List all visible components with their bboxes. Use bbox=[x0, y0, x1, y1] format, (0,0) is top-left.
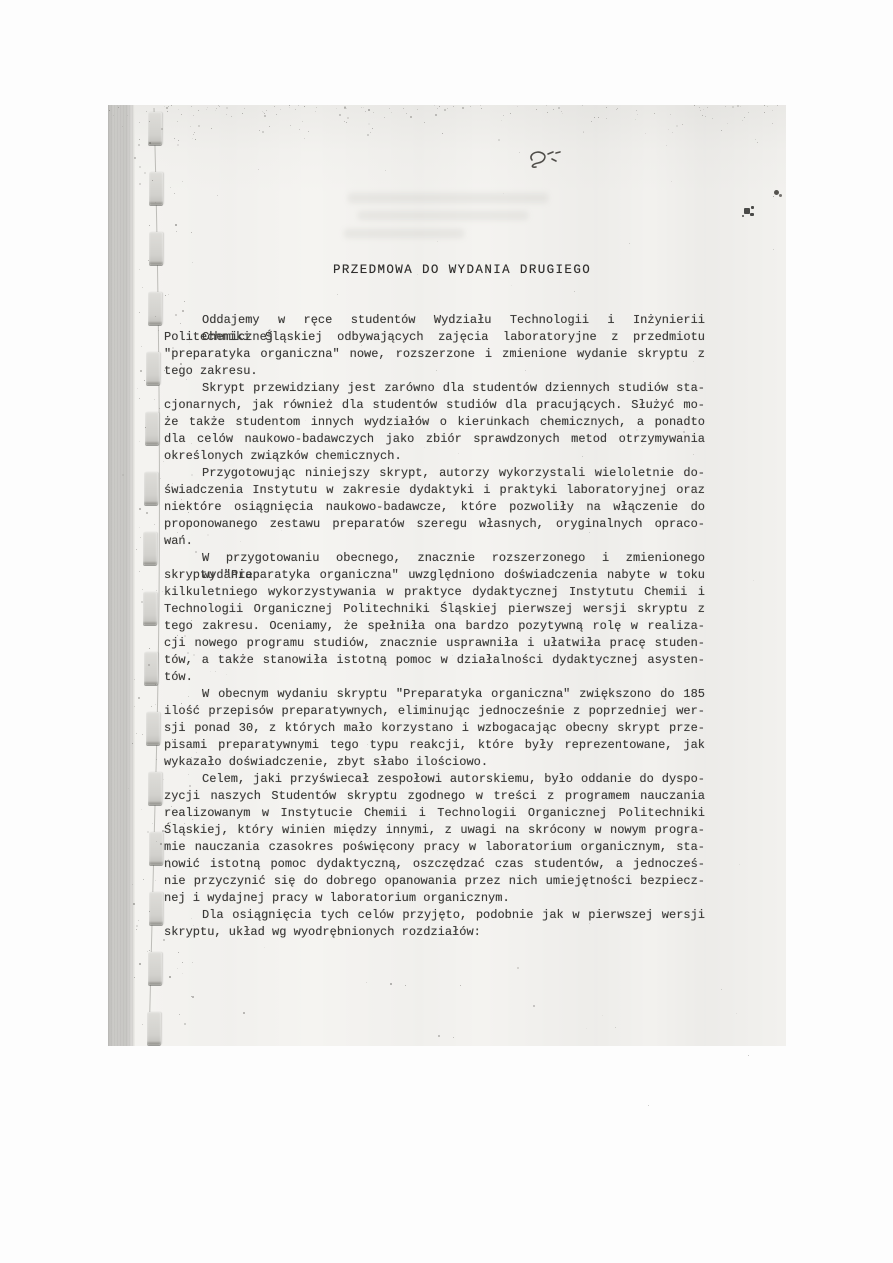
scanned-document-screenshot: PRZEDMOWA DO WYDANIA DRUGIEGO Oddajemy w… bbox=[0, 0, 893, 1263]
paragraph: W obecnym wydaniu skryptu "Preparatyka o… bbox=[164, 686, 705, 771]
binding-hole bbox=[148, 292, 162, 325]
scan-noise-speck bbox=[368, 109, 370, 111]
scan-noise-speck bbox=[339, 114, 341, 116]
text-line: nie przyczynić się do dobrego opanowania… bbox=[164, 873, 705, 890]
scan-noise-speck bbox=[757, 142, 758, 143]
text-line: ilość przepisów preparatywnych, eliminuj… bbox=[164, 703, 705, 720]
scan-noise-speck bbox=[533, 1005, 535, 1007]
text-line: Politechniki Śląskiej odbywających zajęc… bbox=[164, 329, 705, 346]
scan-noise-speck bbox=[139, 963, 141, 965]
scan-noise-speck bbox=[163, 779, 164, 780]
scan-noise-speck bbox=[198, 125, 200, 127]
scan-noise-speck bbox=[170, 187, 171, 188]
scan-noise-speck bbox=[389, 108, 390, 109]
binding-hole bbox=[149, 832, 163, 865]
scan-noise-speck bbox=[263, 112, 264, 113]
scan-noise-speck bbox=[390, 983, 392, 985]
scan-noise-speck bbox=[164, 594, 165, 595]
scanned-page: PRZEDMOWA DO WYDANIA DRUGIEGO Oddajemy w… bbox=[108, 105, 786, 1046]
scan-noise-speck bbox=[183, 373, 185, 375]
scan-noise-speck bbox=[424, 122, 425, 123]
scan-noise-speck bbox=[340, 661, 341, 662]
text-line: cjonarnych, jak również dla studentów st… bbox=[164, 397, 705, 414]
scan-noise-speck bbox=[191, 232, 192, 233]
scan-noise-speck bbox=[138, 697, 140, 699]
scan-noise-speck bbox=[368, 123, 370, 125]
text-line: skryptu "Preparatyka organiczna" uwzględ… bbox=[164, 567, 705, 584]
scan-noise-speck bbox=[302, 121, 303, 122]
document-body: Oddajemy w ręce studentów Wydziału Techn… bbox=[164, 312, 705, 941]
scan-noise-speck bbox=[682, 124, 683, 125]
text-line: cji nowego programu studiów, znacznie us… bbox=[164, 635, 705, 652]
scan-noise-speck bbox=[184, 635, 186, 637]
binding-hole bbox=[143, 532, 157, 565]
text-line: określonych związków chemicznych. bbox=[164, 448, 705, 465]
scan-noise-speck bbox=[438, 1035, 440, 1037]
scan-noise-speck bbox=[182, 962, 183, 963]
binding-hole bbox=[145, 412, 159, 445]
text-line: Oddajemy w ręce studentów Wydziału Techn… bbox=[164, 312, 705, 329]
scan-noise-speck bbox=[437, 241, 438, 242]
text-line: tów, a także stanowiła istotną pomoc w d… bbox=[164, 652, 705, 669]
text-line: niektóre osiągnięcia naukowo-badawcze, k… bbox=[164, 499, 705, 516]
scan-noise-speck bbox=[122, 474, 124, 476]
scan-noise-speck bbox=[491, 416, 493, 418]
scan-noise-speck bbox=[156, 759, 157, 760]
scan-noise-speck bbox=[172, 347, 174, 349]
scan-noise-speck bbox=[663, 686, 665, 688]
binding-hole bbox=[149, 892, 163, 925]
scan-noise-speck bbox=[453, 1037, 454, 1038]
binding-hole bbox=[148, 772, 162, 805]
binding-hole bbox=[146, 712, 160, 745]
scan-noise-speck bbox=[242, 113, 243, 114]
scan-noise-speck bbox=[437, 850, 438, 851]
binding-hole bbox=[149, 172, 163, 205]
scan-noise-speck bbox=[139, 312, 140, 313]
binding-hole bbox=[148, 952, 162, 985]
scan-noise-speck bbox=[145, 427, 146, 428]
text-line: W obecnym wydaniu skryptu "Preparatyka o… bbox=[164, 686, 705, 703]
scan-noise-speck bbox=[501, 120, 502, 121]
binding-hole bbox=[149, 232, 163, 265]
text-line: zycji naszych Studentów skryptu zgodnego… bbox=[164, 788, 705, 805]
scan-noise-speck bbox=[118, 107, 119, 108]
scan-noise-speck bbox=[316, 107, 317, 108]
scan-noise-speck bbox=[635, 119, 636, 120]
text-line: nej i wydajnej pracy w laboratorium orga… bbox=[164, 890, 705, 907]
scan-noise-speck bbox=[156, 590, 157, 591]
scan-noise-speck bbox=[553, 109, 554, 110]
scan-noise-speck bbox=[641, 695, 642, 696]
bleedthrough-ghost-text bbox=[348, 193, 548, 203]
paragraph: Oddajemy w ręce studentów Wydziału Techn… bbox=[164, 312, 705, 380]
text-line: sji ponad 30, z których mało korzystano … bbox=[164, 720, 705, 737]
scan-noise-speck bbox=[437, 108, 438, 109]
scan-noise-speck bbox=[291, 522, 292, 523]
text-line: tego zakresu. Oceniamy, że spełniła ona … bbox=[164, 618, 705, 635]
paragraph: Dla osiągnięcia tych celów przyjęto, pod… bbox=[164, 907, 705, 941]
text-line: mie nauczania czasokres poświęcony pracy… bbox=[164, 839, 705, 856]
scan-noise-speck bbox=[258, 169, 259, 170]
scan-noise-speck bbox=[748, 112, 749, 113]
scan-noise-speck bbox=[562, 113, 563, 114]
text-line: "preparatyka organiczna" nowe, rozszerzo… bbox=[164, 346, 705, 363]
scan-noise-speck bbox=[772, 110, 773, 111]
text-line: Skrypt przewidziany jest zarówno dla stu… bbox=[164, 380, 705, 397]
scan-noise-speck bbox=[180, 363, 182, 365]
text-line: skryptu, układ wg wyodrębnionych rozdzia… bbox=[164, 924, 705, 941]
scan-noise-speck bbox=[671, 181, 672, 182]
scan-noise-speck bbox=[262, 131, 264, 133]
scan-noise-speck bbox=[192, 996, 194, 998]
dark-speck-cluster bbox=[742, 205, 758, 219]
paragraph: W przygotowaniu obecnego, znacznie rozsz… bbox=[164, 550, 705, 686]
scan-noise-speck bbox=[315, 111, 316, 112]
scan-noise-speck bbox=[574, 291, 575, 292]
scan-noise-speck bbox=[192, 138, 193, 139]
scan-noise-speck bbox=[243, 1012, 245, 1014]
scan-noise-speck bbox=[670, 114, 671, 115]
scan-noise-speck bbox=[128, 788, 129, 789]
scan-noise-speck bbox=[139, 166, 141, 168]
scan-noise-speck bbox=[175, 314, 177, 316]
scan-noise-speck bbox=[705, 116, 706, 117]
scan-noise-speck bbox=[739, 864, 740, 865]
scan-noise-speck bbox=[702, 115, 703, 116]
scan-noise-speck bbox=[513, 919, 514, 920]
scan-noise-speck bbox=[142, 589, 143, 590]
scan-noise-speck bbox=[615, 1027, 616, 1028]
scan-noise-speck bbox=[304, 106, 305, 107]
binding-hole bbox=[143, 592, 157, 625]
scan-noise-speck bbox=[187, 652, 189, 654]
text-line: dla celów naukowo-badawczych jako zbiór … bbox=[164, 431, 705, 448]
scan-noise-speck bbox=[182, 181, 183, 182]
scan-noise-speck bbox=[166, 593, 167, 594]
scan-noise-speck bbox=[154, 399, 155, 400]
binding-hole bbox=[144, 652, 158, 685]
scan-noise-speck bbox=[193, 925, 194, 926]
text-line: wań. bbox=[164, 533, 705, 550]
paragraph: Skrypt przewidziany jest zarówno dla stu… bbox=[164, 380, 705, 465]
scan-noise-speck bbox=[721, 130, 722, 131]
scan-noise-speck bbox=[583, 132, 584, 133]
scan-noise-speck bbox=[269, 126, 270, 127]
text-line: Śląskiej, który winien między innymi, z … bbox=[164, 822, 705, 839]
scan-noise-speck bbox=[477, 590, 478, 591]
scan-noise-speck bbox=[683, 431, 685, 433]
scan-noise-speck bbox=[583, 131, 584, 132]
scan-noise-speck bbox=[168, 859, 169, 860]
text-line: W przygotowaniu obecnego, znacznie rozsz… bbox=[164, 550, 705, 567]
scan-noise-speck bbox=[295, 109, 296, 110]
scan-noise-speck bbox=[417, 274, 418, 275]
scan-noise-speck bbox=[122, 126, 123, 127]
scan-noise-speck bbox=[188, 512, 189, 513]
scan-noise-speck bbox=[215, 671, 216, 672]
text-line: świadczenia Instytutu w zakresie dydakty… bbox=[164, 482, 705, 499]
scan-noise-speck bbox=[159, 408, 160, 409]
scan-noise-speck bbox=[149, 121, 150, 122]
scan-noise-speck bbox=[289, 107, 290, 108]
scan-noise-speck bbox=[668, 129, 669, 130]
scan-noise-speck bbox=[149, 225, 150, 226]
scan-noise-speck bbox=[525, 370, 526, 371]
document-title: PRZEDMOWA DO WYDANIA DRUGIEGO bbox=[333, 263, 591, 277]
scan-noise-speck bbox=[207, 534, 209, 536]
text-line: nowić istotną pomoc dydaktyczną, oszczęd… bbox=[164, 856, 705, 873]
scan-noise-speck bbox=[648, 1105, 649, 1106]
scan-noise-speck bbox=[113, 115, 114, 116]
scan-noise-speck bbox=[373, 112, 374, 113]
scan-noise-speck bbox=[160, 843, 162, 845]
scan-noise-speck bbox=[146, 111, 147, 112]
scan-noise-speck bbox=[344, 121, 345, 122]
text-line: Technologii Organicznej Politechniki Ślą… bbox=[164, 601, 705, 618]
scan-noise-speck bbox=[175, 224, 177, 226]
scan-noise-speck bbox=[266, 110, 267, 111]
scan-noise-speck bbox=[169, 976, 171, 978]
scan-noise-speck bbox=[694, 105, 695, 106]
scan-noise-speck bbox=[367, 134, 369, 136]
text-line: Przygotowując niniejszy skrypt, autorzy … bbox=[164, 465, 705, 482]
binding-hole bbox=[144, 472, 158, 505]
binding-hole bbox=[146, 352, 160, 385]
scan-noise-speck bbox=[453, 106, 454, 107]
text-line: proponowanego zestawu preparatów szeregu… bbox=[164, 516, 705, 533]
text-line: tego zakresu. bbox=[164, 363, 705, 380]
scan-noise-speck bbox=[198, 110, 199, 111]
text-line: Dla osiągnięcia tych celów przyjęto, pod… bbox=[164, 907, 705, 924]
scan-noise-speck bbox=[139, 183, 141, 185]
text-line: tów. bbox=[164, 669, 705, 686]
scan-noise-speck bbox=[138, 144, 140, 146]
scan-noise-speck bbox=[259, 130, 260, 131]
scan-noise-speck bbox=[304, 138, 305, 139]
text-line: Celem, jaki przyświecał zespołowi autors… bbox=[164, 771, 705, 788]
scan-noise-speck bbox=[606, 107, 607, 108]
text-line: kilkuletniego wykorzystywania w praktyce… bbox=[164, 584, 705, 601]
text-line: realizowanym w Instytucie Chemii i Techn… bbox=[164, 805, 705, 822]
scan-noise-speck bbox=[460, 985, 461, 986]
text-line: pisami preparatywnymi tego typu reakcji,… bbox=[164, 737, 705, 754]
scan-noise-speck bbox=[164, 106, 165, 107]
scan-noise-speck bbox=[654, 113, 655, 114]
scan-noise-speck bbox=[210, 671, 211, 672]
scan-noise-speck bbox=[767, 106, 768, 107]
scan-noise-speck bbox=[737, 105, 739, 107]
paragraph: Przygotowując niniejszy skrypt, autorzy … bbox=[164, 465, 705, 550]
dark-speck bbox=[774, 190, 779, 195]
scan-noise-speck bbox=[139, 269, 140, 270]
scan-noise-speck bbox=[163, 461, 164, 462]
scan-noise-speck bbox=[177, 635, 178, 636]
paragraph: Celem, jaki przyświecał zespołowi autors… bbox=[164, 771, 705, 907]
scan-noise-speck bbox=[207, 107, 208, 108]
scan-noise-speck bbox=[764, 112, 765, 113]
bleedthrough-ghost-text bbox=[344, 229, 464, 238]
scan-noise-speck bbox=[436, 370, 437, 371]
binding-hole bbox=[147, 1012, 161, 1045]
scan-noise-speck bbox=[547, 112, 548, 113]
scan-noise-speck bbox=[142, 287, 143, 288]
scan-noise-speck bbox=[290, 125, 291, 126]
binding-hole bbox=[148, 112, 162, 145]
scan-noise-speck bbox=[639, 562, 640, 563]
scan-noise-speck bbox=[517, 967, 519, 969]
bleedthrough-ghost-text bbox=[358, 211, 528, 220]
scan-noise-speck bbox=[206, 109, 207, 110]
scan-noise-speck bbox=[361, 345, 362, 346]
scan-noise-speck bbox=[299, 129, 300, 130]
scan-noise-speck bbox=[748, 1055, 749, 1056]
text-line: wykazało doświadczenie, zbyt słabo ilośc… bbox=[164, 754, 705, 771]
text-line: że także studentom innych wydziałów o ki… bbox=[164, 414, 705, 431]
scan-noise-speck bbox=[606, 118, 607, 119]
scan-noise-speck bbox=[764, 105, 765, 106]
scan-noise-speck bbox=[178, 140, 179, 141]
scan-noise-speck bbox=[645, 133, 646, 134]
scan-noise-speck bbox=[194, 132, 195, 133]
ink-scribble-artifact bbox=[522, 146, 570, 174]
scan-noise-speck bbox=[194, 352, 195, 353]
scan-noise-speck bbox=[143, 879, 144, 880]
scan-noise-speck bbox=[405, 985, 406, 986]
scan-noise-speck bbox=[337, 294, 338, 295]
